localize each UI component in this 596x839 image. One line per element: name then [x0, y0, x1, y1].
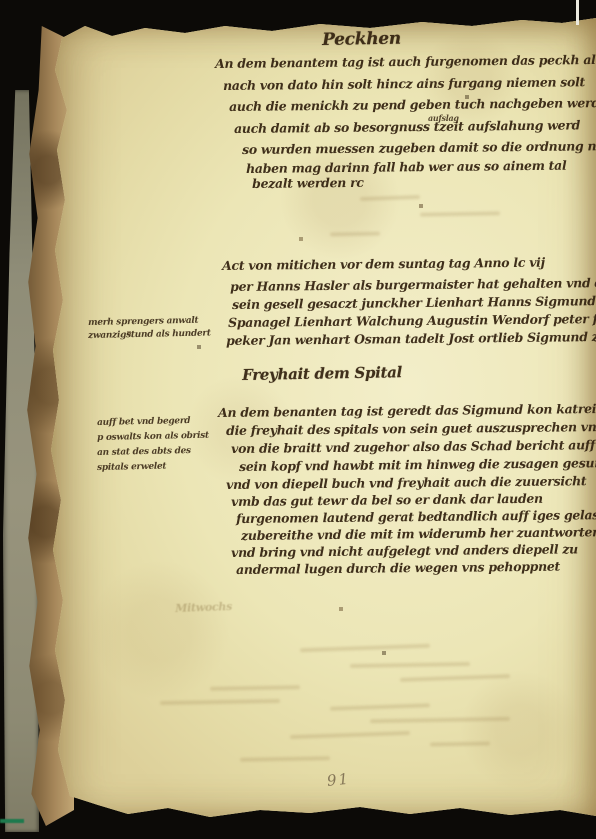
- section1-heading: Peckhen: [322, 29, 401, 50]
- margin-note-line: spitals erwelet: [97, 462, 166, 473]
- margin-note-line: an stat des abts des: [97, 446, 191, 458]
- manuscript-photo: Peckhen An dem benantem tag ist auch fur…: [0, 0, 596, 839]
- margin-note-line: auff bet vnd begerd: [97, 416, 190, 428]
- foxing-specks: [0, 0, 2, 2]
- manuscript-line: bezalt werden rc: [252, 175, 364, 191]
- white-sliver: [576, 0, 579, 25]
- folio-number: 91: [326, 770, 351, 790]
- book-block-edge: [3, 90, 39, 832]
- section3-heading: Freyhait dem Spital: [242, 363, 402, 384]
- faint-annotation: Mitwochs: [175, 600, 232, 615]
- green-bookmark-mark: [0, 819, 24, 823]
